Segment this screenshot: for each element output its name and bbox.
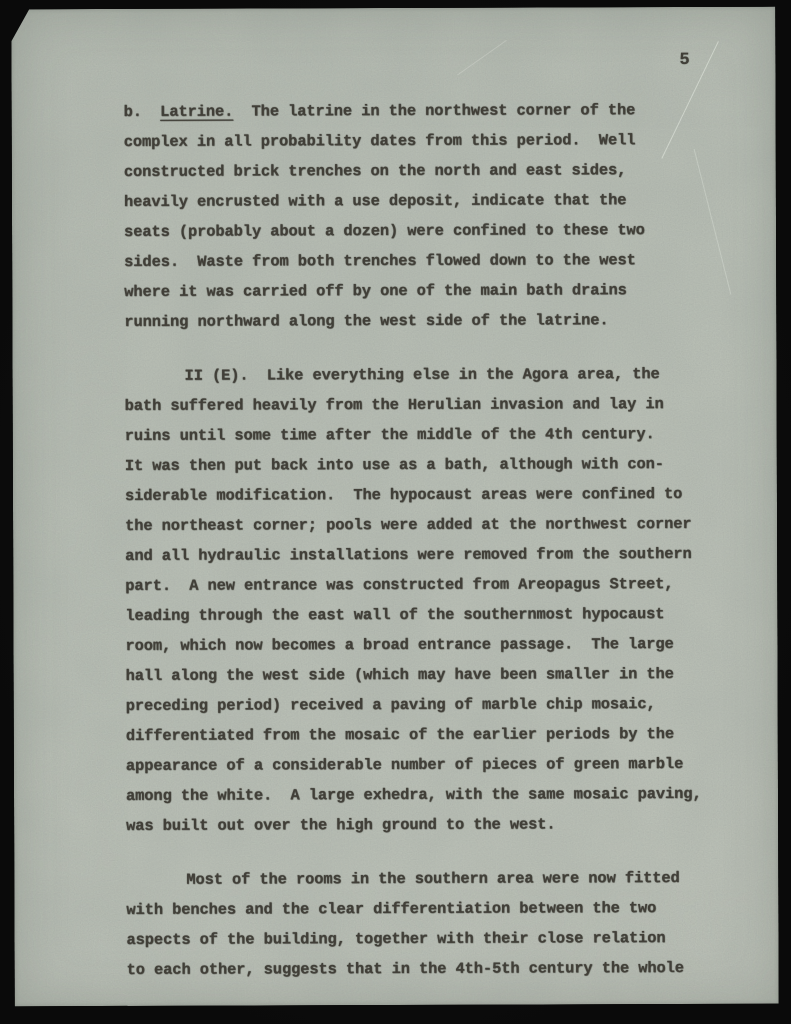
text-line: leading through the east wall of the sou…	[125, 599, 735, 631]
text-segment: The latrine in the northwest corner of t…	[233, 101, 635, 120]
text-line: and all hydraulic installations were rem…	[125, 539, 735, 571]
paragraph: Most of the rooms in the southern area w…	[126, 863, 736, 985]
text-line: differentiated from the mosaic of the ea…	[126, 719, 736, 751]
text-line: II (E). Like everything else in the Agor…	[124, 359, 734, 391]
text-line: the northeast corner; pools were added a…	[125, 509, 735, 541]
text-line: preceding period) received a paving of m…	[126, 689, 736, 721]
text-line: It was then put back into use as a bath,…	[125, 449, 735, 481]
document-page: 5 b. Latrine. The latrine in the northwe…	[11, 7, 778, 1007]
text-line: bath suffered heavily from the Herulian …	[125, 389, 735, 421]
text-line: with benches and the clear differentiati…	[126, 893, 736, 925]
text-line: appearance of a considerable number of p…	[126, 749, 736, 781]
text-line: running northward along the west side of…	[124, 305, 734, 337]
text-line: b. Latrine. The latrine in the northwest…	[124, 95, 734, 127]
text-line: to each other, suggests that in the 4th-…	[127, 953, 737, 985]
text-line: aspects of the building, together with t…	[126, 923, 736, 955]
paper-crease	[457, 40, 507, 75]
paragraph: II (E). Like everything else in the Agor…	[124, 359, 736, 841]
page-number: 5	[679, 51, 689, 70]
typed-text: b. Latrine. The latrine in the northwest…	[124, 95, 737, 1009]
text-line: room, which now becomes a broad entrance…	[125, 629, 735, 661]
text-line: constructed brick trenches on the north …	[124, 155, 734, 187]
underlined-text: Latrine.	[160, 103, 233, 121]
text-line: among the white. A large exhedra, with t…	[126, 779, 736, 811]
text-line: hall along the west side (which may have…	[126, 659, 736, 691]
text-line: Most of the rooms in the southern area w…	[126, 863, 736, 895]
text-line: complex in all probability dates from th…	[124, 125, 734, 157]
text-segment: b.	[124, 103, 161, 121]
text-line: siderable modification. The hypocaust ar…	[125, 479, 735, 511]
text-line: ruins until some time after the middle o…	[125, 419, 735, 451]
text-line: was built out over the high ground to th…	[126, 809, 736, 841]
text-line: part. A new entrance was constructed fro…	[125, 569, 735, 601]
paragraph: b. Latrine. The latrine in the northwest…	[124, 95, 735, 337]
text-line: where it was carried off by one of the m…	[124, 275, 734, 307]
text-line: seats (probably about a dozen) were conf…	[124, 215, 734, 247]
text-line: heavily encrusted with a use deposit, in…	[124, 185, 734, 217]
text-line: sides. Waste from both trenches flowed d…	[124, 245, 734, 277]
